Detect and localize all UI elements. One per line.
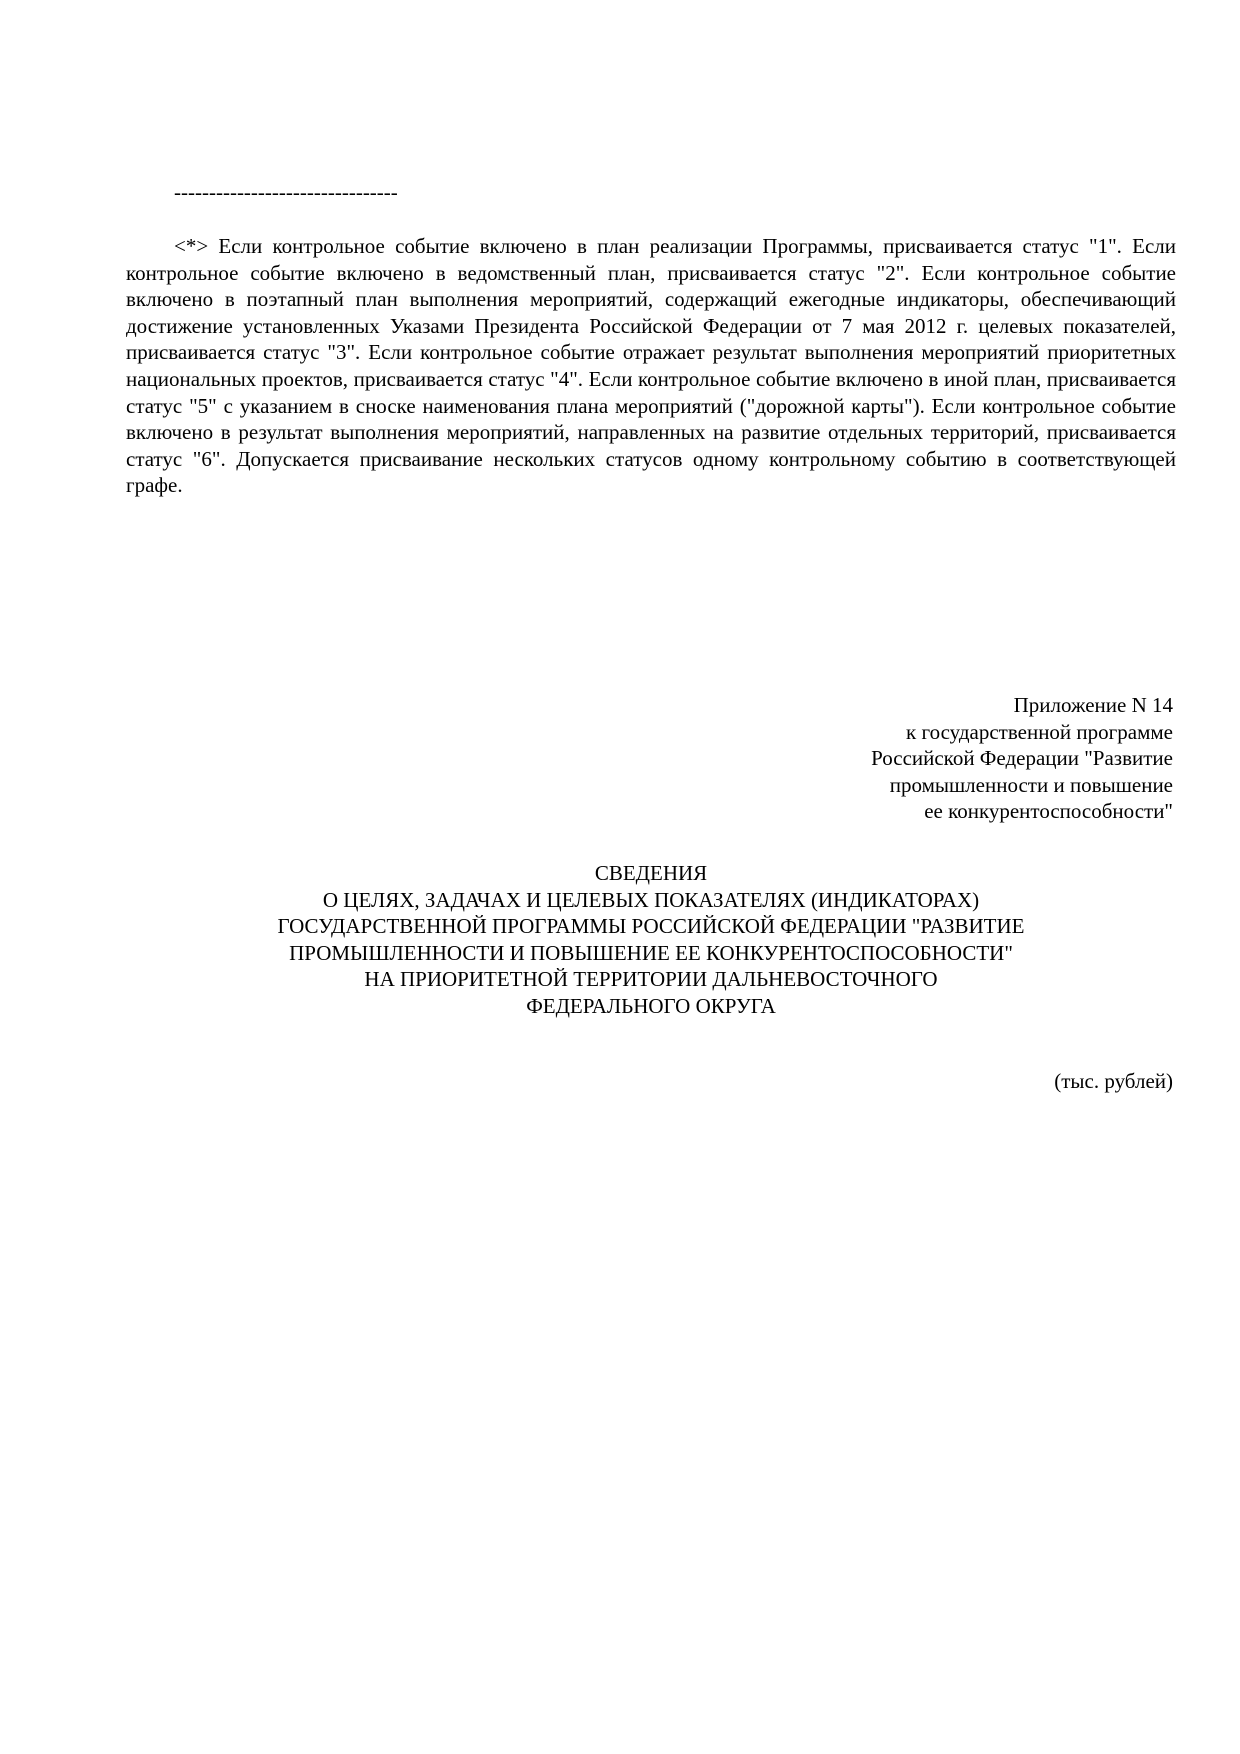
title-line: ГОСУДАРСТВЕННОЙ ПРОГРАММЫ РОССИЙСКОЙ ФЕД… [126, 913, 1176, 940]
appendix-line: Российской Федерации "Развитие [673, 745, 1173, 772]
title-line: СВЕДЕНИЯ [126, 860, 1176, 887]
appendix-reference: Приложение N 14 к государственной програ… [673, 692, 1173, 825]
title-line: НА ПРИОРИТЕТНОЙ ТЕРРИТОРИИ ДАЛЬНЕВОСТОЧН… [126, 966, 1176, 993]
appendix-line: ее конкурентоспособности" [673, 798, 1173, 825]
appendix-line: промышленности и повышение [673, 772, 1173, 799]
title-line: ФЕДЕРАЛЬНОГО ОКРУГА [126, 993, 1176, 1020]
title-line: О ЦЕЛЯХ, ЗАДАЧАХ И ЦЕЛЕВЫХ ПОКАЗАТЕЛЯХ (… [126, 887, 1176, 914]
document-title: СВЕДЕНИЯ О ЦЕЛЯХ, ЗАДАЧАХ И ЦЕЛЕВЫХ ПОКА… [126, 860, 1176, 1020]
footnote-text: <*> Если контрольное событие включено в … [126, 233, 1176, 499]
appendix-line: к государственной программе [673, 719, 1173, 746]
title-line: ПРОМЫШЛЕННОСТИ И ПОВЫШЕНИЕ ЕЕ КОНКУРЕНТО… [126, 940, 1176, 967]
footnote-separator: -------------------------------- [174, 180, 398, 204]
units-label: (тыс. рублей) [1054, 1068, 1173, 1094]
appendix-line: Приложение N 14 [673, 692, 1173, 719]
